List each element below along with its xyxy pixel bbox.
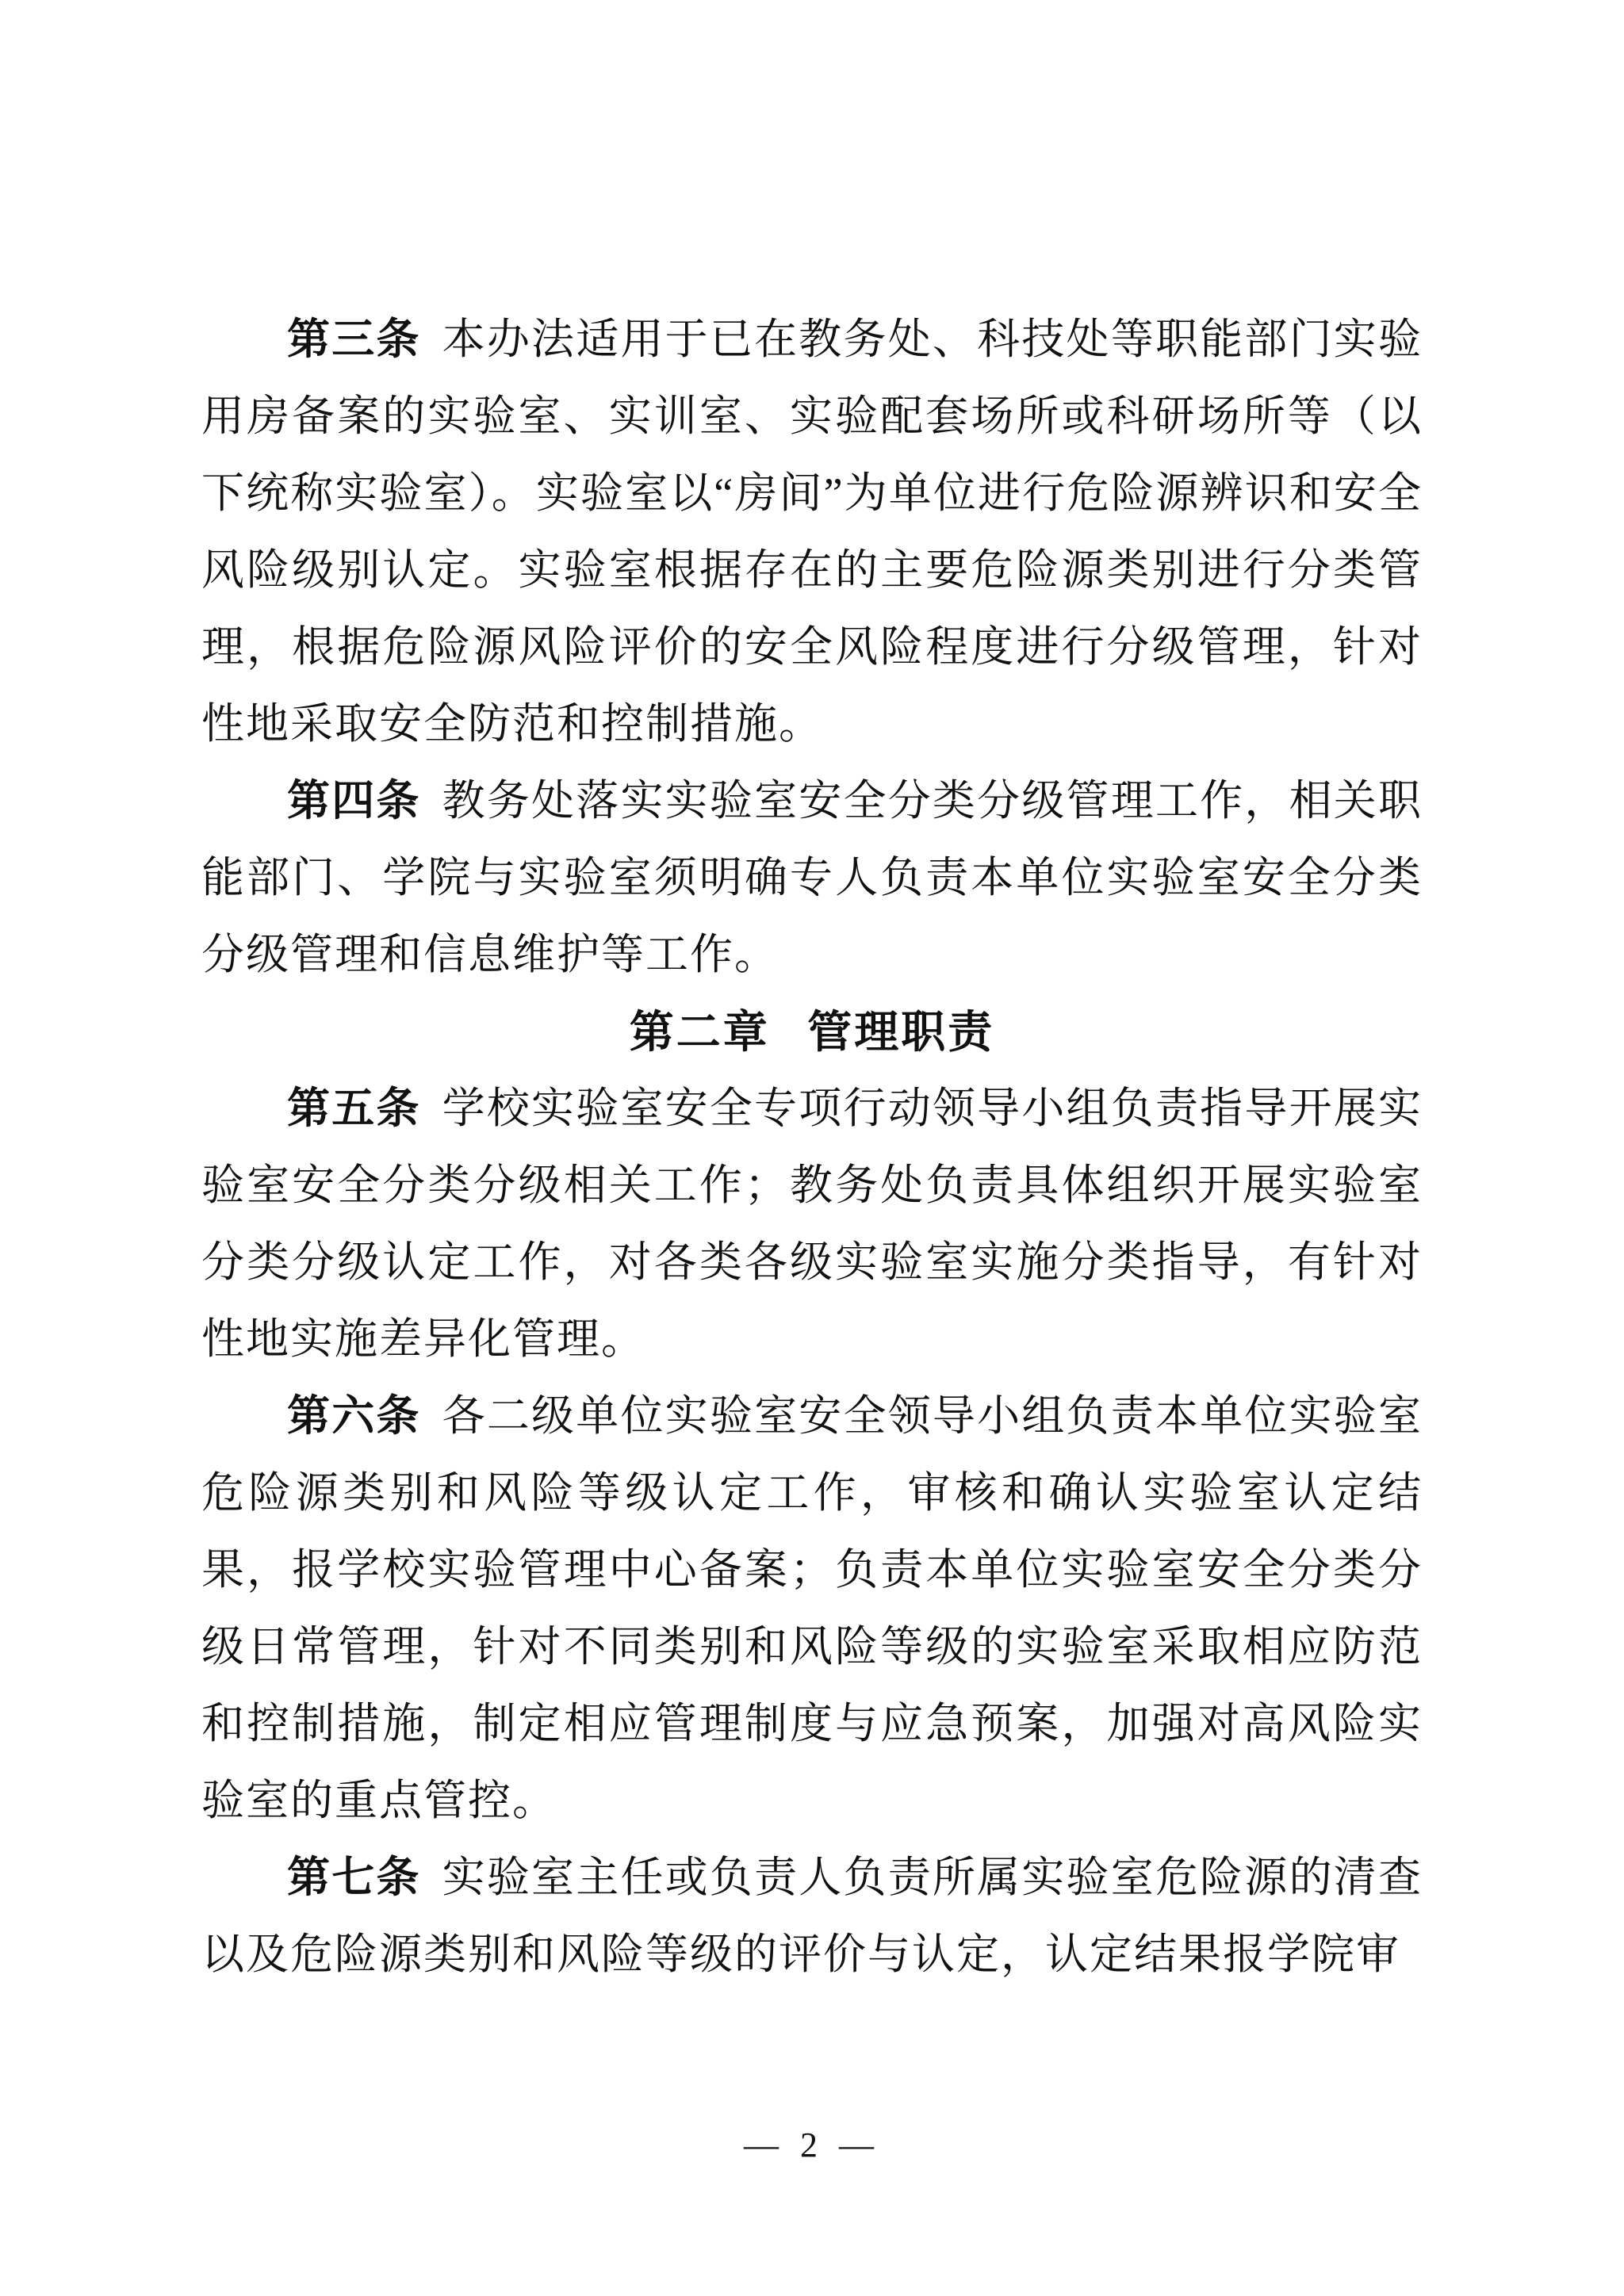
chapter-heading: 第二章管理职责 <box>201 993 1423 1070</box>
article-4-label: 第四条 <box>287 777 421 825</box>
document-body: 第三条本办法适用于已在教务处、科技处等职能部门实验用房备案的实验室、实训室、实验… <box>201 301 1423 1993</box>
article-3-text: 本办法适用于已在教务处、科技处等职能部门实验用房备案的实验室、实训室、实验配套场… <box>201 316 1423 748</box>
article-7: 第七条实验室主任或负责人负责所属实验室危险源的清查以及危险源类别和风险等级的评价… <box>201 1839 1423 1993</box>
article-7-label: 第七条 <box>287 1854 421 1901</box>
article-3: 第三条本办法适用于已在教务处、科技处等职能部门实验用房备案的实验室、实训室、实验… <box>201 301 1423 763</box>
article-6-text: 各二级单位实验室安全领导小组负责本单位实验室危险源类别和风险等级认定工作，审核和… <box>201 1392 1423 1824</box>
article-6-label: 第六条 <box>287 1392 421 1440</box>
article-4: 第四条教务处落实实验室安全分类分级管理工作，相关职能部门、学院与实验室须明确专人… <box>201 763 1423 993</box>
chapter-number: 第二章 <box>630 1007 770 1057</box>
chapter-title: 管理职责 <box>807 1007 994 1057</box>
page-number: — 2 — <box>0 2125 1624 2165</box>
article-6: 第六条各二级单位实验室安全领导小组负责本单位实验室危险源类别和风险等级认定工作，… <box>201 1378 1423 1839</box>
article-5-label: 第五条 <box>287 1085 421 1132</box>
article-5: 第五条学校实验室安全专项行动领导小组负责指导开展实验室安全分类分级相关工作；教务… <box>201 1070 1423 1378</box>
document-page: 第三条本办法适用于已在教务处、科技处等职能部门实验用房备案的实验室、实训室、实验… <box>0 0 1624 2296</box>
article-3-label: 第三条 <box>287 316 421 363</box>
